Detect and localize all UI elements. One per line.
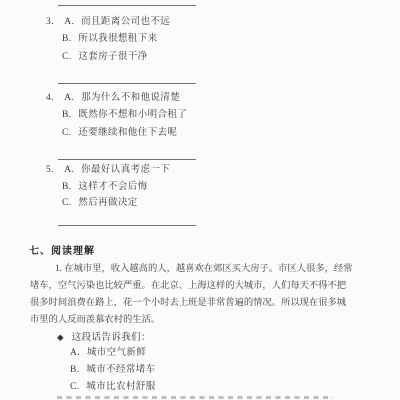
exam-page: 3. A. 而且距离公司也不远 B. 所以我很想租下来 C. 这套房子很干净 4… — [0, 0, 400, 400]
section-heading: 七、阅读理解 — [29, 242, 95, 257]
option-text: 然后再做决定 — [78, 198, 137, 208]
option-label: B. — [62, 34, 72, 44]
question-5-row-c: C. 然后再做决定 — [62, 197, 138, 210]
question-number: 5. — [46, 164, 58, 177]
question-number: 4. — [46, 92, 58, 105]
passage-line: 堵车，空气污染也比较严重。在北京、上海这样的大城市，人们每天不得不把 — [30, 280, 350, 292]
reading-question-text: 这段话告诉我们： — [72, 333, 151, 343]
question-4-row-a: 4. A. 那为什么不和他说清楚 — [46, 92, 180, 105]
question-3-row-b: B. 所以我很想租下来 — [62, 33, 158, 46]
option-text: 所以我很想租下来 — [78, 34, 157, 44]
question-3-row-a: 3. A. 而且距离公司也不远 — [46, 16, 170, 29]
option-text: 那为什么不和他说清楚 — [81, 93, 180, 103]
option-label: A. — [70, 348, 80, 358]
question-5-row-b: B. 这样才不会后悔 — [62, 181, 148, 194]
option-label: C. — [70, 382, 80, 392]
passage-line: 市里的人反而羡慕农村的生活。 — [30, 314, 350, 326]
option-label: B. — [62, 110, 72, 120]
option-label: C. — [62, 52, 72, 62]
answer-blank-line — [58, 159, 196, 160]
reading-option-c: C. 城市比农村舒服 — [70, 381, 156, 394]
answer-blank-line — [58, 225, 196, 226]
answer-blank-line — [58, 83, 196, 84]
clipped-text-remnant — [57, 396, 333, 399]
option-label: A. — [64, 93, 74, 103]
option-text: 而且距离公司也不远 — [81, 17, 170, 27]
question-5-row-a: 5. A. 你最好认真考虑一下 — [46, 164, 170, 177]
question-number: 3. — [46, 16, 58, 29]
diamond-bullet-icon: ◆ — [57, 332, 64, 342]
reading-option-b: B. 城市不经常堵车 — [70, 364, 156, 377]
passage-line: 很多时间浪费在路上，花一个小时去上班是非常普遍的情况。所以现在很多城 — [30, 297, 350, 309]
answer-blank-line — [58, 5, 196, 6]
passage-line: 1. 在城市里，收入越高的人，越喜欢在郊区买大房子。市区人很多，经常 — [30, 263, 375, 275]
option-text: 这样才不会后悔 — [78, 182, 147, 192]
option-label: C. — [62, 128, 72, 138]
option-text: 既然你不想和小明合租了 — [78, 110, 187, 120]
option-label: A. — [64, 165, 74, 175]
option-text: 你最好认真考虑一下 — [81, 165, 170, 175]
option-label: A. — [64, 17, 74, 27]
option-text: 城市比农村舒服 — [86, 382, 155, 392]
option-text: 城市空气新鲜 — [87, 348, 146, 358]
option-text: 还要继续和他住下去呢 — [78, 128, 177, 138]
option-text: 这套房子很干净 — [78, 52, 147, 62]
option-label: B. — [62, 182, 72, 192]
option-label: B. — [70, 365, 80, 375]
reading-question-row: ◆ 这段话告诉我们： — [57, 331, 151, 345]
question-3-row-c: C. 这套房子很干净 — [62, 51, 148, 64]
option-label: C. — [62, 198, 72, 208]
reading-option-a: A. 城市空气新鲜 — [70, 347, 146, 360]
question-4-row-c: C. 还要继续和他住下去呢 — [62, 127, 177, 140]
option-text: 城市不经常堵车 — [86, 365, 155, 375]
question-4-row-b: B. 既然你不想和小明合租了 — [62, 109, 187, 122]
